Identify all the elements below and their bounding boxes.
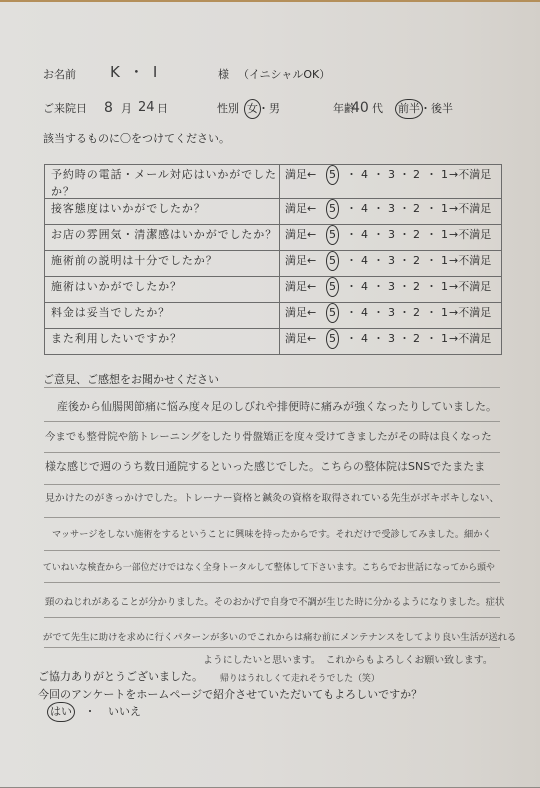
day-unit: 日 xyxy=(157,102,168,116)
rating-scale: 満足← 5 ・ 4 ・ 3 ・ 2 ・ 1 →不満足 xyxy=(280,329,501,354)
permission-options: はい・いいえ xyxy=(50,705,141,719)
scale-value-2: 2 xyxy=(413,228,420,242)
gender-option-female: 女 xyxy=(247,102,258,116)
separator: ・ xyxy=(426,168,437,182)
gender-label: 性別 xyxy=(217,102,239,116)
ruled-line xyxy=(44,617,500,618)
handwritten-comment-line: 様な感じで週のうち数日通院するといった感じでした。こちらの整体院はSNSでたまた… xyxy=(45,459,485,475)
scale-value-4: 4 xyxy=(361,280,368,294)
rating-table: 予約時の電話・メール対応はいかがでしたか？ 満足← 5 ・ 4 ・ 3 ・ 2 … xyxy=(44,164,502,355)
visit-date-label: ご来院日 xyxy=(43,102,87,116)
gender-option-male: 男 xyxy=(269,102,280,115)
scale-value-3: 3 xyxy=(388,168,395,182)
scale-left-label: 満足← xyxy=(285,228,316,242)
scale-right-label: →不満足 xyxy=(449,228,491,242)
separator: ・ xyxy=(346,254,357,268)
separator: ・ xyxy=(399,168,410,182)
scale-value-5: 5 xyxy=(329,332,336,346)
age-option-late: 後半 xyxy=(431,102,453,115)
separator: ・ xyxy=(399,280,410,294)
scale-left-label: 満足← xyxy=(285,168,316,182)
separator: ・ xyxy=(346,168,357,182)
scale-value-5: 5 xyxy=(329,254,336,268)
initials-ok-note: （イニシャルOK） xyxy=(238,68,330,82)
scale-value-3: 3 xyxy=(388,228,395,242)
ruled-line xyxy=(44,452,500,453)
scale-value-5: 5 xyxy=(329,202,336,216)
handwritten-comment-line: がでて先生に助けを求めに行くパターンが多いのでこれからは痛む前にメンテナンスをし… xyxy=(43,630,516,646)
rating-row: 施術前の説明は十分でしたか？ 満足← 5 ・ 4 ・ 3 ・ 2 ・ 1 →不満… xyxy=(45,250,501,276)
rating-row: 施術はいかがでしたか？ 満足← 5 ・ 4 ・ 3 ・ 2 ・ 1 →不満足 xyxy=(45,276,501,302)
handwritten-comment-line: 産後から仙腸関節痛に悩み度々足のしびれや排便時に痛みが強くなったりしていました。 xyxy=(57,399,497,415)
visit-day-handwritten: 24 xyxy=(138,99,155,117)
gender-options: 女・男 xyxy=(247,102,280,116)
separator: ・ xyxy=(399,254,410,268)
separator: ・ xyxy=(399,332,410,346)
age-value-handwritten: 40 xyxy=(351,99,369,117)
separator: ・ xyxy=(346,202,357,216)
rating-question: 施術はいかがでしたか？ xyxy=(45,277,280,302)
honorific-label: 様 xyxy=(218,68,229,82)
scale-value-3: 3 xyxy=(388,306,395,320)
separator: ・ xyxy=(373,228,384,242)
comments-label: ご意見、ご感想をお聞かせください xyxy=(43,373,219,387)
rating-question: 予約時の電話・メール対応はいかがでしたか？ xyxy=(45,165,280,198)
scale-right-label: →不満足 xyxy=(449,202,491,216)
age-half-options: 前半・後半 xyxy=(398,102,453,116)
rating-row: 料金は妥当でしたか？ 満足← 5 ・ 4 ・ 3 ・ 2 ・ 1 →不満足 xyxy=(45,302,501,328)
rating-row: お店の雰囲気・清潔感はいかがでしたか？ 満足← 5 ・ 4 ・ 3 ・ 2 ・ … xyxy=(45,224,501,250)
scale-right-label: →不満足 xyxy=(449,254,491,268)
separator: ・ xyxy=(399,202,410,216)
scale-value-2: 2 xyxy=(413,332,420,346)
scale-value-1: 1 xyxy=(441,168,448,182)
scale-value-2: 2 xyxy=(413,254,420,268)
rating-row: 接客態度はいかがでしたか？ 満足← 5 ・ 4 ・ 3 ・ 2 ・ 1 →不満足 xyxy=(45,198,501,224)
scale-value-3: 3 xyxy=(388,332,395,346)
homepage-permission-question: 今回のアンケートをホームページで紹介させていただいてもよろしいですか？ xyxy=(38,688,422,702)
rating-question: 施術前の説明は十分でしたか？ xyxy=(45,251,280,276)
thanks-text: ご協力ありがとうございました。 xyxy=(38,670,203,684)
scale-value-5: 5 xyxy=(329,280,336,294)
scale-right-label: →不満足 xyxy=(449,168,491,182)
handwritten-comment-line: 見かけたのがきっかけでした。トレーナー資格と鍼灸の資格を取得されている先生がボキ… xyxy=(45,491,499,507)
scale-value-1: 1 xyxy=(441,254,448,268)
scale-value-3: 3 xyxy=(388,202,395,216)
scale-value-2: 2 xyxy=(413,306,420,320)
separator: ・ xyxy=(346,306,357,320)
rating-row: また利用したいですか？ 満足← 5 ・ 4 ・ 3 ・ 2 ・ 1 →不満足 xyxy=(45,328,501,354)
month-unit: 月 xyxy=(121,102,132,116)
separator: ・ xyxy=(426,254,437,268)
separator: ・ xyxy=(373,280,384,294)
scale-value-1: 1 xyxy=(441,306,448,320)
scale-value-4: 4 xyxy=(361,306,368,320)
handwritten-comment-line: 今までも整骨院や筋トレーニングをしたり骨盤矯正を度々受けてきましたがその時は良く… xyxy=(45,429,492,445)
scale-value-2: 2 xyxy=(413,168,420,182)
scale-left-label: 満足← xyxy=(285,280,316,294)
rating-scale: 満足← 5 ・ 4 ・ 3 ・ 2 ・ 1 →不満足 xyxy=(280,199,501,224)
scale-value-5: 5 xyxy=(329,306,336,320)
scale-value-3: 3 xyxy=(388,280,395,294)
rating-scale: 満足← 5 ・ 4 ・ 3 ・ 2 ・ 1 →不満足 xyxy=(280,165,501,198)
scale-right-label: →不満足 xyxy=(449,306,491,320)
rating-scale: 満足← 5 ・ 4 ・ 3 ・ 2 ・ 1 →不満足 xyxy=(280,303,501,328)
scale-left-label: 満足← xyxy=(285,254,316,268)
separator: ・ xyxy=(373,332,384,346)
option-yes: はい xyxy=(50,705,72,719)
separator: ・ xyxy=(399,306,410,320)
ruled-line xyxy=(44,484,500,485)
table-surface-edge xyxy=(0,0,540,2)
scale-value-4: 4 xyxy=(361,228,368,242)
separator: ・ xyxy=(72,705,108,719)
handwritten-comment-line: ようにしたいと思います。 これからもよろしくお願い致します。 xyxy=(203,653,493,669)
scale-right-label: →不満足 xyxy=(449,332,491,346)
separator: ・ xyxy=(346,228,357,242)
rating-scale: 満足← 5 ・ 4 ・ 3 ・ 2 ・ 1 →不満足 xyxy=(280,277,501,302)
separator: ・ xyxy=(346,280,357,294)
scale-value-4: 4 xyxy=(361,254,368,268)
separator: ・ xyxy=(373,306,384,320)
rating-row: 予約時の電話・メール対応はいかがでしたか？ 満足← 5 ・ 4 ・ 3 ・ 2 … xyxy=(45,165,501,198)
scale-right-label: →不満足 xyxy=(449,280,491,294)
separator: ・ xyxy=(373,168,384,182)
ruled-line xyxy=(44,421,500,422)
visit-month-handwritten: 8 xyxy=(104,99,113,117)
handwritten-comment-line: ていねいな検査から一部位だけではなく全身トータルして整体して下さいます。こちらで… xyxy=(43,560,495,576)
ruled-line xyxy=(44,582,500,583)
handwritten-comment-line: マッサージをしない施術をするということに興味を持ったからです。それだけで受診して… xyxy=(52,527,492,543)
scale-value-1: 1 xyxy=(441,202,448,216)
ruled-line xyxy=(44,550,500,551)
separator: ・ xyxy=(373,202,384,216)
scale-value-1: 1 xyxy=(441,280,448,294)
scale-value-3: 3 xyxy=(388,254,395,268)
name-value-handwritten: K・I xyxy=(110,63,166,81)
scale-value-5: 5 xyxy=(329,228,336,242)
separator: ・ xyxy=(426,228,437,242)
scale-left-label: 満足← xyxy=(285,202,316,216)
separator: ・ xyxy=(373,254,384,268)
survey-form-photo: お名前 K・I 様 （イニシャルOK） ご来院日 8 月 24 日 性別 女・男… xyxy=(0,0,540,788)
handwritten-comment-line: 帰りはうれしくて走れそうでした（笑） xyxy=(220,671,380,687)
rating-scale: 満足← 5 ・ 4 ・ 3 ・ 2 ・ 1 →不満足 xyxy=(280,251,501,276)
separator: ・ xyxy=(346,332,357,346)
rating-scale: 満足← 5 ・ 4 ・ 3 ・ 2 ・ 1 →不満足 xyxy=(280,225,501,250)
scale-value-1: 1 xyxy=(441,228,448,242)
separator: ・ xyxy=(399,228,410,242)
scale-value-1: 1 xyxy=(441,332,448,346)
separator: ・ xyxy=(426,332,437,346)
scale-value-4: 4 xyxy=(361,202,368,216)
scale-value-2: 2 xyxy=(413,280,420,294)
ruled-line xyxy=(44,387,500,388)
rating-question: 接客態度はいかがでしたか？ xyxy=(45,199,280,224)
rating-question: 料金は妥当でしたか？ xyxy=(45,303,280,328)
option-no: いいえ xyxy=(108,705,141,718)
ruled-line xyxy=(44,647,500,648)
scale-value-5: 5 xyxy=(329,168,336,182)
scale-left-label: 満足← xyxy=(285,306,316,320)
rating-question: お店の雰囲気・清潔感はいかがでしたか？ xyxy=(45,225,280,250)
name-label: お名前 xyxy=(43,68,76,82)
separator: ・ xyxy=(426,202,437,216)
separator: ・ xyxy=(426,306,437,320)
rating-question: また利用したいですか？ xyxy=(45,329,280,354)
age-option-early: 前半 xyxy=(398,102,420,116)
scale-left-label: 満足← xyxy=(285,332,316,346)
instruction-text: 該当するものに〇をつけてください。 xyxy=(43,132,230,146)
scale-value-4: 4 xyxy=(361,168,368,182)
separator: ・ xyxy=(426,280,437,294)
handwritten-comment-line: 頸のねじれがあることが分かりました。そのおかげで自身で不調が生じた時に分かるよう… xyxy=(45,595,504,611)
ruled-line xyxy=(44,517,500,518)
age-unit: 代 xyxy=(372,102,383,116)
scale-value-2: 2 xyxy=(413,202,420,216)
scale-value-4: 4 xyxy=(361,332,368,346)
